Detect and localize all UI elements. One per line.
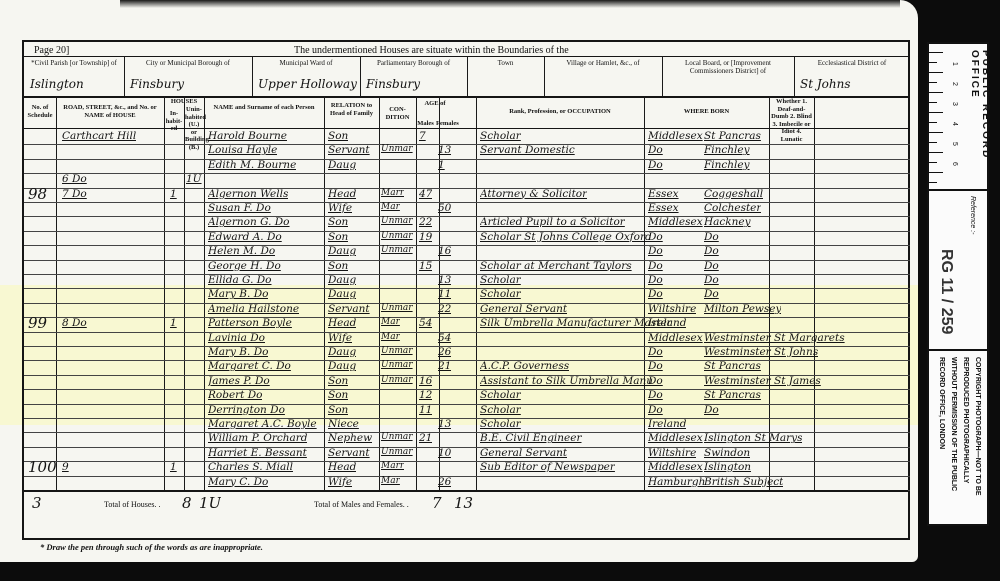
cell-road: 6 Do xyxy=(62,173,87,185)
column-header-born: WHERE BORN xyxy=(645,108,768,116)
table-row: Edith M. BourneDaug1DoFinchley xyxy=(24,159,910,173)
cell-condition: Unmar xyxy=(381,303,413,313)
cell-born-county: Middlesex xyxy=(648,216,703,228)
cell-name: Robert Do xyxy=(208,389,262,401)
ruler-tick xyxy=(929,102,937,103)
ruler-number: 1 xyxy=(951,62,958,66)
cell-occupation: Sub Editor of Newspaper xyxy=(480,461,615,473)
cell-occupation: A.C.P. Governess xyxy=(480,360,569,372)
record-office-strip: PUBLIC RECORD OFFICE 123456 Reference :-… xyxy=(927,42,989,526)
page-edge-shadow xyxy=(120,0,900,8)
cell-relation: Servant xyxy=(328,144,370,156)
cell-male: 47 xyxy=(419,188,432,200)
table-row: Ellida G. DoDaug13ScholarDoDo xyxy=(24,274,910,288)
reference-label: Reference :- xyxy=(969,196,976,235)
cell-name: Helen M. Do xyxy=(208,245,275,257)
place-value: Islington xyxy=(30,77,84,91)
table-row: Helen M. DoDaugUnmar16DoDo xyxy=(24,245,910,259)
cell-name: Susan F. Do xyxy=(208,202,271,214)
cell-name: Algernon Wells xyxy=(208,188,288,200)
ruler-number: 5 xyxy=(951,142,958,146)
cell-inhabited: 1 xyxy=(170,188,177,200)
cell-relation: Daug xyxy=(328,360,356,372)
table-row: Harriet E. BessantServantUnmar10General … xyxy=(24,447,910,461)
cell-born-county: Middlesex xyxy=(648,432,703,444)
cell-female: 13 xyxy=(438,418,451,430)
cell-condition: Unmar xyxy=(381,216,413,226)
cell-occupation: Scholar xyxy=(480,274,521,286)
place-label: Ecclesiastical District of xyxy=(797,59,907,67)
table-row: Louisa HayleServantUnmar13Servant Domest… xyxy=(24,144,910,158)
cell-relation: Head xyxy=(328,461,356,473)
cell-born-county: Do xyxy=(648,389,663,401)
total-persons-label: Total of Males and Females. . xyxy=(314,500,409,509)
cell-male: 11 xyxy=(419,404,432,416)
table-row: George H. DoSon15Scholar at Merchant Tay… xyxy=(24,260,910,274)
cell-born-place: Do xyxy=(704,404,719,416)
divider xyxy=(467,56,468,96)
cell-relation: Nephew xyxy=(328,432,372,444)
page-label: Page 20] xyxy=(34,45,69,56)
cell-born-place: British Subject xyxy=(704,476,783,488)
cell-relation: Servant xyxy=(328,303,370,315)
cell-born-county: Essex xyxy=(648,202,679,214)
cell-occupation: Scholar xyxy=(480,389,521,401)
cell-relation: Son xyxy=(328,216,348,228)
cell-born-county: Wiltshire xyxy=(648,447,696,459)
place-value: Finsbury xyxy=(366,77,420,91)
cell-condition: Mar xyxy=(381,317,400,327)
cell-male: 19 xyxy=(419,231,432,243)
cell-born-county: Essex xyxy=(648,188,679,200)
ruler-tick xyxy=(929,72,943,73)
cell-born-county: Do xyxy=(648,245,663,257)
cell-relation: Son xyxy=(328,375,348,387)
cell-female: 11 xyxy=(438,288,451,300)
column-header-schedule: No. of Schedule xyxy=(25,104,55,119)
cell-born-place: Hackney xyxy=(704,216,751,228)
table-row: Derrington DoSon11ScholarDoDo xyxy=(24,404,910,418)
cell-name: Algernon G. Do xyxy=(208,216,290,228)
table-row: Edward A. DoSonUnmar19Scholar St Johns C… xyxy=(24,231,910,245)
cell-condition: Unmar xyxy=(381,432,413,442)
cell-born-place: Islington St Marys xyxy=(704,432,802,444)
cell-relation: Daug xyxy=(328,274,356,286)
cell-name: Ellida G. Do xyxy=(208,274,272,286)
ruler-number: 6 xyxy=(951,162,958,166)
place-value: Upper Holloway xyxy=(258,77,357,91)
ruler-tick xyxy=(929,62,937,63)
cell-name: William P. Orchard xyxy=(208,432,307,444)
cell-relation: Son xyxy=(328,231,348,243)
cell-born-place: Finchley xyxy=(704,159,750,171)
cell-born-county: Middlesex xyxy=(648,461,703,473)
reference-value: RG 11 / 259 xyxy=(937,249,955,334)
table-row: Susan F. DoWifeMar50EssexColchester xyxy=(24,202,910,216)
place-value: Finsbury xyxy=(130,77,184,91)
column-header-relation: RELATION to Head of Family xyxy=(325,102,378,117)
place-label: Parliamentary Borough of xyxy=(363,59,464,67)
column-header-name: NAME and Surname of each Person xyxy=(205,104,323,112)
table-row: Carthcart HillHarold BourneSon7ScholarMi… xyxy=(24,130,910,144)
cell-inhabited: 1 xyxy=(170,317,177,329)
table-row: 998 Do1Patterson BoyleHeadMar54Silk Umbr… xyxy=(24,317,910,331)
cell-name: Mary B. Do xyxy=(208,288,268,300)
table-row: James P. DoSonUnmar16Assistant to Silk U… xyxy=(24,375,910,389)
cell-occupation: General Servant xyxy=(480,303,567,315)
total-females: 13 xyxy=(454,494,473,512)
cell-name: Margaret C. Do xyxy=(208,360,291,372)
cell-name: George H. Do xyxy=(208,260,281,272)
cell-born-place: St Pancras xyxy=(704,360,761,372)
table-row: 6 Do1U xyxy=(24,173,910,187)
cell-born-place: Westminster St Johns xyxy=(704,346,818,358)
divider xyxy=(24,56,908,57)
cell-relation: Wife xyxy=(328,332,352,344)
cell-condition: Mar xyxy=(381,476,400,486)
cell-male: 22 xyxy=(419,216,432,228)
ruler-tick xyxy=(929,112,943,113)
place-label: *Civil Parish [or Township] of xyxy=(27,59,121,67)
cell-occupation: Assistant to Silk Umbrella Manu xyxy=(480,375,653,387)
column-header-houses: HOUSES xyxy=(165,98,203,106)
divider xyxy=(662,56,663,96)
cell-road: Carthcart Hill xyxy=(62,130,136,142)
total-schedules: 3 xyxy=(32,494,42,512)
ruler-tick xyxy=(929,162,937,163)
ruler-tick xyxy=(929,182,937,183)
cell-occupation: Silk Umbrella Manufacturer Master xyxy=(480,317,672,329)
ruler-tick xyxy=(929,92,943,93)
cell-occupation: Scholar St Johns College Oxford xyxy=(480,231,652,243)
cell-born-place: Do xyxy=(704,245,719,257)
ruler-tick xyxy=(929,152,943,153)
divider xyxy=(124,56,125,96)
ruler-tick xyxy=(929,142,937,143)
cell-female: 1 xyxy=(438,159,445,171)
table-row: 987 Do1Algernon WellsHeadMarr47Attorney … xyxy=(24,188,910,202)
divider xyxy=(252,56,253,96)
cell-female: 16 xyxy=(438,245,451,257)
cell-born-county: Do xyxy=(648,375,663,387)
pro-title: PUBLIC RECORD OFFICE xyxy=(969,50,991,189)
cell-born-county: Ireland xyxy=(648,418,686,430)
cell-female: 10 xyxy=(438,447,451,459)
ruler-number: 2 xyxy=(951,82,958,86)
cell-male: 54 xyxy=(419,317,432,329)
column-header-occupation: Rank, Profession, or OCCUPATION xyxy=(477,108,643,116)
cell-occupation: Scholar xyxy=(480,418,521,430)
cell-condition: Unmar xyxy=(381,375,413,385)
cell-female: 22 xyxy=(438,303,451,315)
place-label: Municipal Ward of xyxy=(255,59,357,67)
cell-condition: Mar xyxy=(381,332,400,342)
cell-name: Mary B. Do xyxy=(208,346,268,358)
cell-name: Mary C. Do xyxy=(208,476,268,488)
cell-born-county: Ireland xyxy=(648,317,686,329)
cell-name: Derrington Do xyxy=(208,404,285,416)
copyright-notice: COPYRIGHT PHOTOGRAPH—NOT TO BE REPRODUCE… xyxy=(935,357,983,517)
census-page: Page 20] The undermentioned Houses are s… xyxy=(0,0,918,562)
divider xyxy=(360,56,361,96)
cell-relation: Son xyxy=(328,389,348,401)
cell-female: 54 xyxy=(438,332,451,344)
cell-born-place: Islington xyxy=(704,461,751,473)
cell-condition: Unmar xyxy=(381,447,413,457)
cell-condition: Mar xyxy=(381,202,400,212)
column-header-road: ROAD, STREET, &c., and No. or NAME of HO… xyxy=(57,104,163,119)
cell-born-county: Do xyxy=(648,231,663,243)
ruler-tick xyxy=(929,132,943,133)
cell-female: 26 xyxy=(438,476,451,488)
cell-inhabited: 1 xyxy=(170,461,177,473)
cell-condition: Unmar xyxy=(381,346,413,356)
ruler-number: 4 xyxy=(951,122,958,126)
cell-born-place: Do xyxy=(704,274,719,286)
cell-born-county: Do xyxy=(648,288,663,300)
cell-road: 7 Do xyxy=(62,188,87,200)
table-row: Amelia HailstoneServantUnmar22General Se… xyxy=(24,303,910,317)
table-row: Margaret C. DoDaugUnmar21A.C.P. Governes… xyxy=(24,360,910,374)
cell-condition: Unmar xyxy=(381,245,413,255)
place-label: City or Municipal Borough of xyxy=(127,59,249,67)
cell-condition: Marr xyxy=(381,188,404,198)
divider xyxy=(544,56,545,96)
cell-male: 16 xyxy=(419,375,432,387)
cell-relation: Daug xyxy=(328,159,356,171)
cell-male: 7 xyxy=(419,130,426,142)
cell-relation: Wife xyxy=(328,476,352,488)
cell-male: 21 xyxy=(419,432,432,444)
cell-relation: Daug xyxy=(328,245,356,257)
cell-condition: Marr xyxy=(381,461,404,471)
cell-born-county: Do xyxy=(648,159,663,171)
cell-born-county: Do xyxy=(648,346,663,358)
cell-born-place: Colchester xyxy=(704,202,761,214)
cell-occupation: General Servant xyxy=(480,447,567,459)
cell-relation: Son xyxy=(328,404,348,416)
footnote: * Draw the pen through such of the words… xyxy=(40,542,263,552)
divider xyxy=(794,56,795,96)
cell-relation: Son xyxy=(328,130,348,142)
column-header-females: Females xyxy=(436,120,453,128)
cell-occupation: B.E. Civil Engineer xyxy=(480,432,582,444)
cell-name: Edith M. Bourne xyxy=(208,159,296,171)
boundaries-heading: The undermentioned Houses are situate wi… xyxy=(294,45,569,56)
cell-road: 8 Do xyxy=(62,317,87,329)
cell-condition: Unmar xyxy=(381,231,413,241)
cell-born-county: Do xyxy=(648,144,663,156)
cell-born-place: Do xyxy=(704,260,719,272)
cell-schedule: 98 xyxy=(28,185,47,203)
cell-name: Harold Bourne xyxy=(208,130,287,142)
cell-female: 13 xyxy=(438,144,451,156)
cell-condition: Unmar xyxy=(381,144,413,154)
cell-female: 13 xyxy=(438,274,451,286)
table-row: 10091Charles S. MiallHeadMarrSub Editor … xyxy=(24,461,910,475)
census-form: Page 20] The undermentioned Houses are s… xyxy=(22,40,910,540)
cell-occupation: Articled Pupil to a Solicitor xyxy=(480,216,625,228)
table-row: Mary B. DoDaugUnmar26DoWestminster St Jo… xyxy=(24,346,910,360)
place-label: Village or Hamlet, &c., of xyxy=(547,59,659,67)
cell-born-county: Middlesex xyxy=(648,130,703,142)
copyright-box: COPYRIGHT PHOTOGRAPH—NOT TO BE REPRODUCE… xyxy=(929,349,987,526)
cell-born-county: Middlesex xyxy=(648,332,703,344)
cell-occupation: Attorney & Solicitor xyxy=(480,188,587,200)
cell-born-place: Westminster St James xyxy=(704,375,821,387)
cell-born-county: Hamburgh xyxy=(648,476,705,488)
place-value: St Johns xyxy=(800,77,851,91)
ruler-tick xyxy=(929,172,943,173)
cell-relation: Head xyxy=(328,188,356,200)
cell-female: 26 xyxy=(438,346,451,358)
cell-born-place: Do xyxy=(704,231,719,243)
table-row: Mary C. DoWifeMar26HamburghBritish Subje… xyxy=(24,476,910,490)
cell-occupation: Scholar xyxy=(480,288,521,300)
cell-male: 15 xyxy=(419,260,432,272)
cell-name: Margaret A.C. Boyle xyxy=(208,418,317,430)
cell-schedule: 100 xyxy=(28,458,57,476)
cell-name: Louisa Hayle xyxy=(208,144,277,156)
cell-born-county: Do xyxy=(648,404,663,416)
cell-name: Lavinia Do xyxy=(208,332,265,344)
table-row: William P. OrchardNephewUnmar21B.E. Civi… xyxy=(24,432,910,446)
ruler-tick xyxy=(929,82,937,83)
place-label: Town xyxy=(470,59,541,67)
table-row: Lavinia DoWifeMar54MiddlesexWestminster … xyxy=(24,332,910,346)
cell-name: Edward A. Do xyxy=(208,231,282,243)
cell-name: James P. Do xyxy=(208,375,270,387)
cell-born-county: Do xyxy=(648,274,663,286)
cell-born-county: Do xyxy=(648,360,663,372)
cell-relation: Head xyxy=(328,317,356,329)
cell-relation: Niece xyxy=(328,418,359,430)
cell-uninhabited: 1U xyxy=(186,173,202,185)
cell-born-place: Westminster St Margarets xyxy=(704,332,845,344)
cell-condition: Unmar xyxy=(381,360,413,370)
cell-name: Patterson Boyle xyxy=(208,317,292,329)
cell-occupation: Servant Domestic xyxy=(480,144,575,156)
cell-occupation: Scholar xyxy=(480,130,521,142)
total-uninhabited: 1U xyxy=(199,494,221,512)
cell-born-place: St Pancras xyxy=(704,130,761,142)
divider xyxy=(24,490,908,492)
table-row: Margaret A.C. BoyleNiece13ScholarIreland xyxy=(24,418,910,432)
cell-born-place: St Pancras xyxy=(704,389,761,401)
ruler: PUBLIC RECORD OFFICE 123456 xyxy=(929,44,987,191)
cell-road: 9 xyxy=(62,461,69,473)
ruler-number: 3 xyxy=(951,102,958,106)
total-houses-label: Total of Houses. . xyxy=(104,500,161,509)
table-row: Robert DoSon12ScholarDoSt Pancras xyxy=(24,389,910,403)
table-row: Algernon G. DoSonUnmar22Articled Pupil t… xyxy=(24,216,910,230)
column-header-condition: CON-DITION xyxy=(380,106,415,121)
column-header-age: AGE of xyxy=(417,100,453,108)
cell-relation: Wife xyxy=(328,202,352,214)
cell-relation: Daug xyxy=(328,346,356,358)
cell-born-county: Wiltshire xyxy=(648,303,696,315)
total-inhabited: 8 xyxy=(182,494,192,512)
place-label: Local Board, or [Improvement Commissione… xyxy=(665,59,791,75)
table-row: Mary B. DoDaug11ScholarDoDo xyxy=(24,288,910,302)
cell-male: 12 xyxy=(419,389,432,401)
total-males: 7 xyxy=(432,494,442,512)
ruler-tick xyxy=(929,52,943,53)
cell-born-place: Do xyxy=(704,288,719,300)
cell-born-county: Do xyxy=(648,260,663,272)
cell-relation: Servant xyxy=(328,447,370,459)
ruler-tick xyxy=(929,122,937,123)
cell-occupation: Scholar at Merchant Taylors xyxy=(480,260,632,272)
cell-name: Amelia Hailstone xyxy=(208,303,299,315)
cell-relation: Son xyxy=(328,260,348,272)
cell-female: 50 xyxy=(438,202,451,214)
cell-name: Charles S. Miall xyxy=(208,461,293,473)
cell-born-place: Finchley xyxy=(704,144,750,156)
cell-born-place: Swindon xyxy=(704,447,750,459)
cell-name: Harriet E. Bessant xyxy=(208,447,307,459)
cell-occupation: Scholar xyxy=(480,404,521,416)
cell-born-place: Milton Pewsey xyxy=(704,303,781,315)
cell-schedule: 99 xyxy=(28,314,47,332)
cell-born-place: Coggeshall xyxy=(704,188,763,200)
cell-relation: Daug xyxy=(328,288,356,300)
column-header-males: Males xyxy=(417,120,434,128)
cell-female: 21 xyxy=(438,360,451,372)
